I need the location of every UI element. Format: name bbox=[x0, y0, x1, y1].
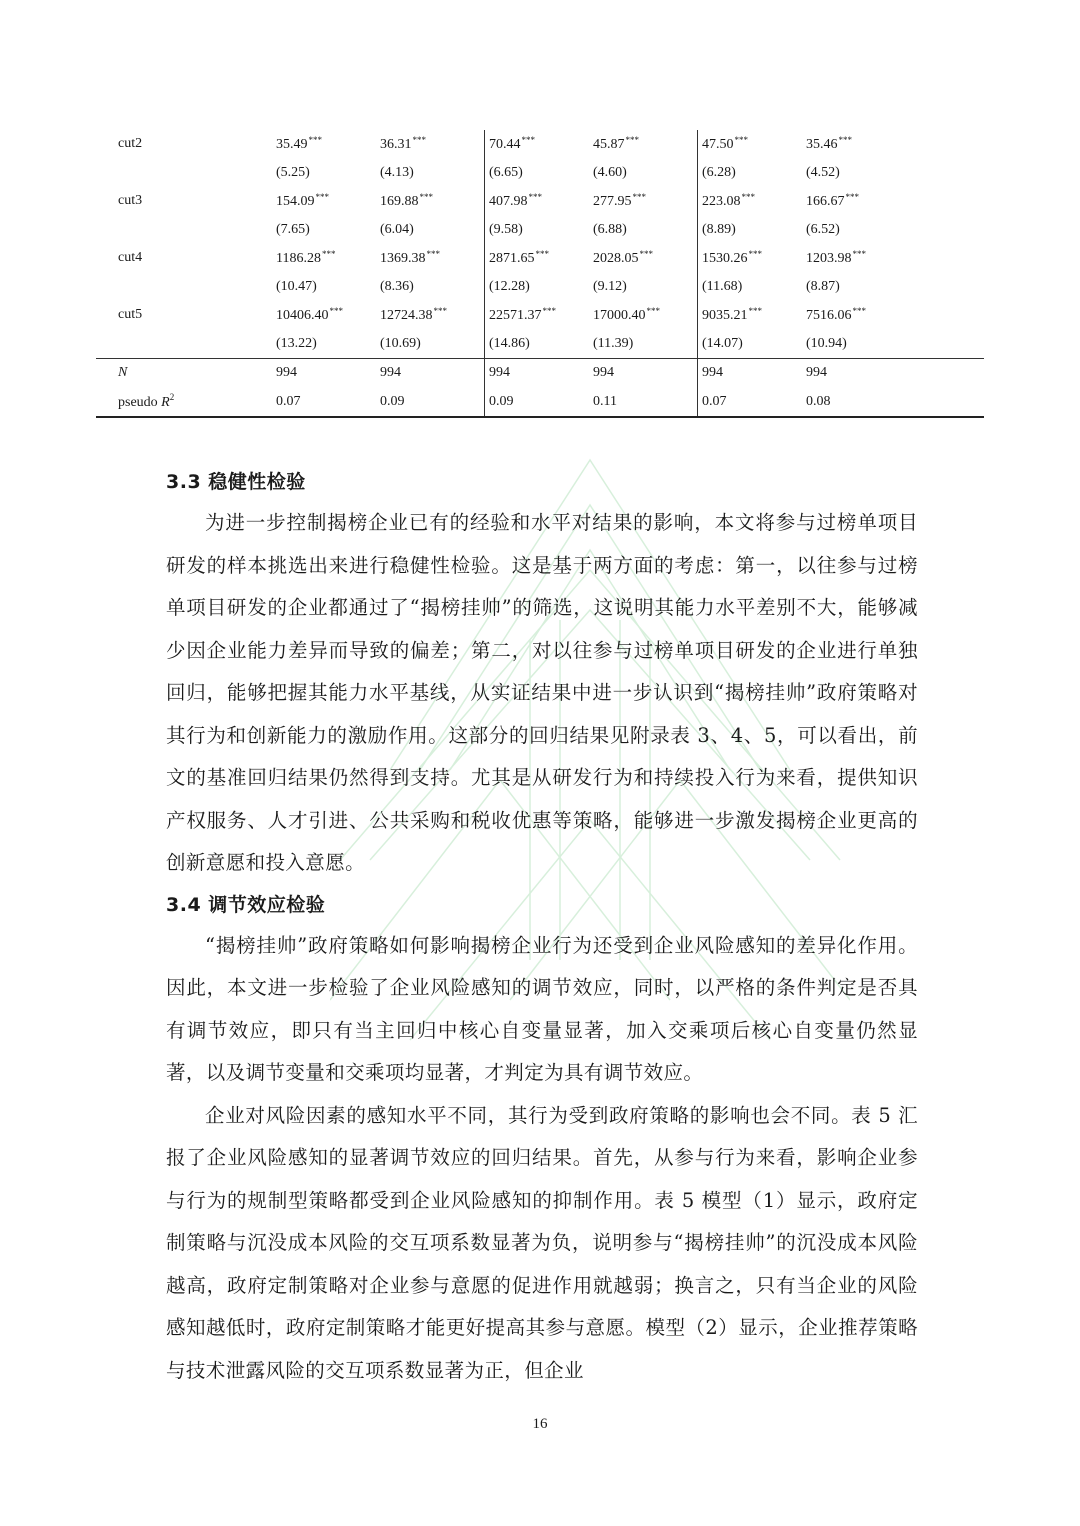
cell: 17000.40*** bbox=[593, 301, 698, 330]
cell: 1186.28*** bbox=[274, 244, 380, 273]
cell bbox=[910, 216, 984, 245]
cell-value: 70.44 bbox=[489, 137, 521, 152]
significance-stars: *** bbox=[316, 192, 330, 202]
body-text: 3.3 稳健性检验 为进一步控制揭榜企业已有的经验和水平对结果的影响，本文将参与… bbox=[166, 462, 918, 1392]
section-heading-3-3: 3.3 稳健性检验 bbox=[166, 462, 918, 502]
cell: 407.98*** bbox=[485, 187, 594, 216]
cell: (8.36) bbox=[380, 273, 485, 302]
significance-stars: *** bbox=[626, 135, 640, 145]
page-number: 16 bbox=[0, 1416, 1080, 1433]
cell bbox=[96, 159, 274, 188]
cell-value: 45.87 bbox=[593, 137, 625, 152]
cell: (4.60) bbox=[593, 159, 698, 188]
cell-value: 12724.38 bbox=[380, 308, 433, 323]
pseudo-r2-label: pseudo R2 bbox=[96, 388, 274, 418]
significance-stars: *** bbox=[749, 249, 763, 259]
cell: (14.07) bbox=[698, 330, 807, 359]
table-row: (10.47) (8.36) (12.28) (9.12) (11.68) (8… bbox=[96, 273, 984, 302]
cell: 154.09*** bbox=[274, 187, 380, 216]
cell: 0.09 bbox=[485, 388, 594, 418]
cell: 994 bbox=[806, 359, 910, 388]
cell-value: 1203.98 bbox=[806, 251, 852, 266]
significance-stars: *** bbox=[735, 135, 749, 145]
significance-stars: *** bbox=[536, 249, 550, 259]
cell: 0.11 bbox=[593, 388, 698, 418]
significance-stars: *** bbox=[413, 135, 427, 145]
cell: cut5 bbox=[96, 301, 274, 330]
cell: 994 bbox=[485, 359, 594, 388]
cell: 47.50*** bbox=[698, 130, 807, 159]
table-row: cut2 35.49*** 36.31*** 70.44*** 45.87***… bbox=[96, 130, 984, 159]
table-row-n: N 994 994 994 994 994 994 bbox=[96, 359, 984, 388]
cell: 169.88*** bbox=[380, 187, 485, 216]
cell-value: 17000.40 bbox=[593, 308, 646, 323]
cell bbox=[910, 273, 984, 302]
cell bbox=[96, 330, 274, 359]
cell bbox=[910, 301, 984, 330]
significance-stars: *** bbox=[633, 192, 647, 202]
table-row: (7.65) (6.04) (9.58) (6.88) (8.89) (6.52… bbox=[96, 216, 984, 245]
significance-stars: *** bbox=[427, 249, 441, 259]
cell: (13.22) bbox=[274, 330, 380, 359]
cell: 2871.65*** bbox=[485, 244, 594, 273]
cell-value: 35.49 bbox=[276, 137, 308, 152]
significance-stars: *** bbox=[309, 135, 323, 145]
significance-stars: *** bbox=[420, 192, 434, 202]
cell: (8.89) bbox=[698, 216, 807, 245]
cell: (9.58) bbox=[485, 216, 594, 245]
cell: 9035.21*** bbox=[698, 301, 807, 330]
cell: (6.52) bbox=[806, 216, 910, 245]
table-row-pseudo-r2: pseudo R2 0.07 0.09 0.09 0.11 0.07 0.08 bbox=[96, 388, 984, 418]
cell-value: 7516.06 bbox=[806, 308, 852, 323]
cell-value: 2871.65 bbox=[489, 251, 535, 266]
cell-value: 154.09 bbox=[276, 194, 315, 209]
cell: 12724.38*** bbox=[380, 301, 485, 330]
cell: (4.52) bbox=[806, 159, 910, 188]
cell: 35.49*** bbox=[274, 130, 380, 159]
cell: (11.39) bbox=[593, 330, 698, 359]
cell: 10406.40*** bbox=[274, 301, 380, 330]
cell-value: 169.88 bbox=[380, 194, 419, 209]
cell: (4.13) bbox=[380, 159, 485, 188]
significance-stars: *** bbox=[749, 306, 763, 316]
cell bbox=[910, 388, 984, 418]
cell-value: 277.95 bbox=[593, 194, 632, 209]
cell: 0.08 bbox=[806, 388, 910, 418]
paragraph: 为进一步控制揭榜企业已有的经验和水平对结果的影响，本文将参与过榜单项目研发的样本… bbox=[166, 502, 918, 885]
table-row: (5.25) (4.13) (6.65) (4.60) (6.28) (4.52… bbox=[96, 159, 984, 188]
significance-stars: *** bbox=[742, 192, 756, 202]
cell-value: 1530.26 bbox=[702, 251, 748, 266]
paragraph: 企业对风险因素的感知水平不同，其行为受到政府策略的影响也会不同。表 5 汇报了企… bbox=[166, 1095, 918, 1393]
significance-stars: *** bbox=[839, 135, 853, 145]
cell: cut3 bbox=[96, 187, 274, 216]
cell-value: 36.31 bbox=[380, 137, 412, 152]
cell: (6.04) bbox=[380, 216, 485, 245]
cell: 0.09 bbox=[380, 388, 485, 418]
cell bbox=[910, 159, 984, 188]
cell-value: 2028.05 bbox=[593, 251, 639, 266]
cell: 45.87*** bbox=[593, 130, 698, 159]
cell: 0.07 bbox=[274, 388, 380, 418]
cell: 994 bbox=[274, 359, 380, 388]
cell: 7516.06*** bbox=[806, 301, 910, 330]
cell bbox=[910, 330, 984, 359]
table-row: cut4 1186.28*** 1369.38*** 2871.65*** 20… bbox=[96, 244, 984, 273]
significance-stars: *** bbox=[853, 306, 867, 316]
cell: 277.95*** bbox=[593, 187, 698, 216]
cell: (6.65) bbox=[485, 159, 594, 188]
table-row: cut5 10406.40*** 12724.38*** 22571.37***… bbox=[96, 301, 984, 330]
significance-stars: *** bbox=[322, 249, 336, 259]
n-label: N bbox=[96, 359, 274, 388]
regression-table-continuation: cut2 35.49*** 36.31*** 70.44*** 45.87***… bbox=[96, 130, 984, 418]
cell bbox=[96, 273, 274, 302]
regression-table: cut2 35.49*** 36.31*** 70.44*** 45.87***… bbox=[96, 130, 984, 418]
significance-stars: *** bbox=[647, 306, 661, 316]
cell: 2028.05*** bbox=[593, 244, 698, 273]
cell: (14.86) bbox=[485, 330, 594, 359]
cell-value: 22571.37 bbox=[489, 308, 542, 323]
cell-value: R bbox=[161, 395, 170, 410]
significance-stars: *** bbox=[543, 306, 557, 316]
cell-value: 166.67 bbox=[806, 194, 845, 209]
cell bbox=[910, 244, 984, 273]
cell: 1203.98*** bbox=[806, 244, 910, 273]
section-heading-3-4: 3.4 调节效应检验 bbox=[166, 885, 918, 925]
cell bbox=[96, 216, 274, 245]
cell-value: 47.50 bbox=[702, 137, 734, 152]
cell-value: pseudo bbox=[118, 395, 161, 410]
cell bbox=[910, 359, 984, 388]
cell bbox=[910, 187, 984, 216]
table-row: cut3 154.09*** 169.88*** 407.98*** 277.9… bbox=[96, 187, 984, 216]
cell: (12.28) bbox=[485, 273, 594, 302]
cell: (10.94) bbox=[806, 330, 910, 359]
cell: 0.07 bbox=[698, 388, 807, 418]
paragraph: “揭榜挂帅”政府策略如何影响揭榜企业行为还受到企业风险感知的差异化作用。因此，本… bbox=[166, 925, 918, 1095]
row-label: cut2 bbox=[96, 130, 274, 159]
cell: 36.31*** bbox=[380, 130, 485, 159]
cell: 166.67*** bbox=[806, 187, 910, 216]
cell: (6.28) bbox=[698, 159, 807, 188]
significance-stars: 2 bbox=[170, 392, 175, 402]
cell: (10.47) bbox=[274, 273, 380, 302]
cell: 994 bbox=[380, 359, 485, 388]
significance-stars: *** bbox=[522, 135, 536, 145]
cell: 35.46*** bbox=[806, 130, 910, 159]
cell: (5.25) bbox=[274, 159, 380, 188]
cell: 223.08*** bbox=[698, 187, 807, 216]
cell: (10.69) bbox=[380, 330, 485, 359]
cell-value: 9035.21 bbox=[702, 308, 748, 323]
cell: (6.88) bbox=[593, 216, 698, 245]
cell: 22571.37*** bbox=[485, 301, 594, 330]
cell: (7.65) bbox=[274, 216, 380, 245]
cell-value: 35.46 bbox=[806, 137, 838, 152]
table-row: (13.22) (10.69) (14.86) (11.39) (14.07) … bbox=[96, 330, 984, 359]
cell: (11.68) bbox=[698, 273, 807, 302]
cell-value: 407.98 bbox=[489, 194, 528, 209]
cell bbox=[910, 130, 984, 159]
cell-value: 10406.40 bbox=[276, 308, 329, 323]
significance-stars: *** bbox=[330, 306, 344, 316]
cell-value: 223.08 bbox=[702, 194, 741, 209]
significance-stars: *** bbox=[434, 306, 448, 316]
cell: 1530.26*** bbox=[698, 244, 807, 273]
cell: 994 bbox=[698, 359, 807, 388]
significance-stars: *** bbox=[853, 249, 867, 259]
cell: 1369.38*** bbox=[380, 244, 485, 273]
significance-stars: *** bbox=[529, 192, 543, 202]
cell: (9.12) bbox=[593, 273, 698, 302]
cell: cut4 bbox=[96, 244, 274, 273]
cell: 994 bbox=[593, 359, 698, 388]
cell: (8.87) bbox=[806, 273, 910, 302]
significance-stars: *** bbox=[640, 249, 654, 259]
cell-value: 1186.28 bbox=[276, 251, 321, 266]
cell: 70.44*** bbox=[485, 130, 594, 159]
significance-stars: *** bbox=[846, 192, 860, 202]
cell-value: 1369.38 bbox=[380, 251, 426, 266]
